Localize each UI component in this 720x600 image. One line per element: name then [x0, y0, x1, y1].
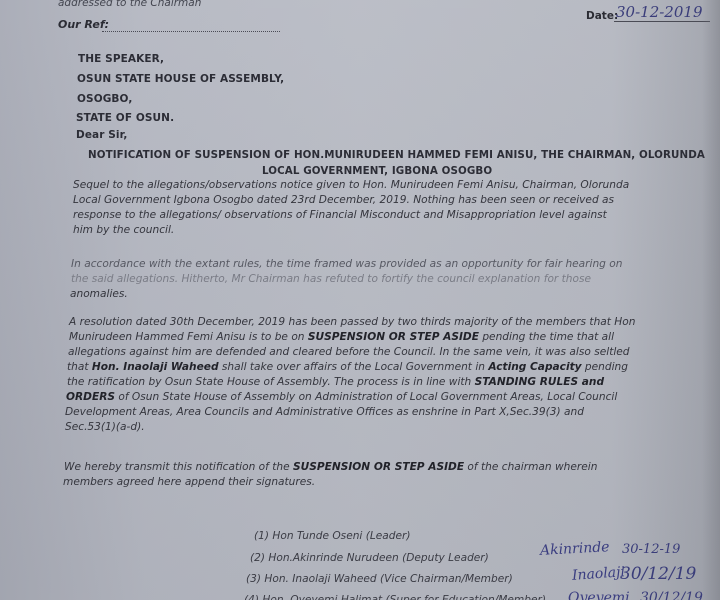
signature: Inaolaji	[572, 564, 626, 584]
emphasis-standing-rules: STANDING RULES and	[475, 376, 604, 388]
paragraph-line: A resolution dated 30th December, 2019 h…	[69, 315, 635, 330]
emphasis-orders: ORDERS	[66, 391, 115, 403]
text-span: Munirudeen Hammed Femi Anisu is to be on	[69, 331, 308, 343]
paragraph-line: the ratification by Osun State House of …	[67, 375, 604, 390]
paragraph-line: him by the council.	[73, 223, 174, 238]
subject-line: NOTIFICATION OF SUSPENSION OF HON.MUNIRU…	[88, 149, 705, 161]
signature: Akinrinde	[540, 539, 610, 559]
text-span: the ratification by Osun State House of …	[67, 376, 475, 388]
recipient-line: THE SPEAKER,	[78, 53, 164, 65]
paragraph-line: allegations against him are defended and…	[68, 345, 630, 360]
paragraph-line: the said allegations. Hitherto, Mr Chair…	[71, 272, 591, 287]
recipient-line: STATE OF OSUN.	[76, 112, 174, 124]
signature: Oyeyemi	[568, 590, 630, 600]
signatory-name: (3) Hon. Inaolaji Waheed (Vice Chairman/…	[246, 573, 513, 585]
emphasis-acting-chairman: Hon. Inaolaji Waheed	[92, 361, 219, 373]
paragraph-line: In accordance with the extant rules, the…	[71, 257, 622, 272]
paragraph-line: Munirudeen Hammed Femi Anisu is to be on…	[69, 330, 614, 345]
our-ref-field	[102, 31, 280, 32]
salutation: Dear Sir,	[76, 129, 127, 141]
text-span: of the chairman wherein	[464, 461, 597, 473]
letter-page: addressed to the Chairman Our Ref: Date:…	[0, 0, 720, 600]
signatory-name: (1) Hon Tunde Oseni (Leader)	[254, 530, 411, 542]
paragraph-line: response to the allegations/ observation…	[73, 208, 607, 223]
subject-line: LOCAL GOVERNMENT, IGBONA OSOGBO	[262, 165, 492, 177]
date-underline	[614, 21, 710, 22]
signatory-name: (2) Hon.Akinrinde Nurudeen (Deputy Leade…	[250, 552, 489, 564]
paragraph-line: ORDERS of Osun State House of Assembly o…	[66, 390, 617, 405]
paragraph-line: Sec.53(1)(a-d).	[65, 420, 145, 435]
date-value: 30-12-2019	[616, 3, 702, 21]
emphasis-acting-capacity: Acting Capacity	[488, 361, 581, 373]
text-span: of Osun State House of Assembly on Admin…	[115, 391, 617, 403]
paragraph-line: Development Areas, Area Councils and Adm…	[65, 405, 584, 420]
our-ref-label: Our Ref:	[58, 18, 109, 31]
page-edge-shadow	[702, 0, 720, 600]
recipient-line: OSOGBO,	[77, 93, 132, 105]
paragraph-line: that Hon. Inaolaji Waheed shall take ove…	[67, 360, 628, 375]
signature-date: 30/12/19	[620, 564, 696, 584]
emphasis-suspension: SUSPENSION OR STEP ASIDE	[308, 331, 479, 343]
paragraph-line: Local Government Igbona Osogbo dated 23r…	[73, 193, 614, 208]
text-span: We hereby transmit this notification of …	[64, 461, 293, 473]
emphasis-suspension: SUSPENSION OR STEP ASIDE	[293, 461, 464, 473]
paragraph-line: We hereby transmit this notification of …	[64, 460, 597, 475]
paragraph-line: anomalies.	[70, 287, 128, 302]
text-span: shall take over affairs of the Local Gov…	[219, 361, 489, 373]
paragraph-line: members agreed here append their signatu…	[63, 475, 315, 490]
signatory-name: (4) Hon. Oyeyemi Halimat (Super for Educ…	[244, 594, 546, 600]
text-span: pending the time that all	[479, 331, 614, 343]
paragraph-line: Sequel to the allegations/observations n…	[73, 178, 629, 193]
addressed-line: addressed to the Chairman	[58, 0, 201, 9]
recipient-line: OSUN STATE HOUSE OF ASSEMBLY,	[77, 73, 284, 85]
signature-date: 30-12-19	[622, 542, 680, 557]
signature-date: 30/12/19	[640, 590, 703, 600]
text-span: that	[67, 361, 92, 373]
text-span: pending	[582, 361, 628, 373]
